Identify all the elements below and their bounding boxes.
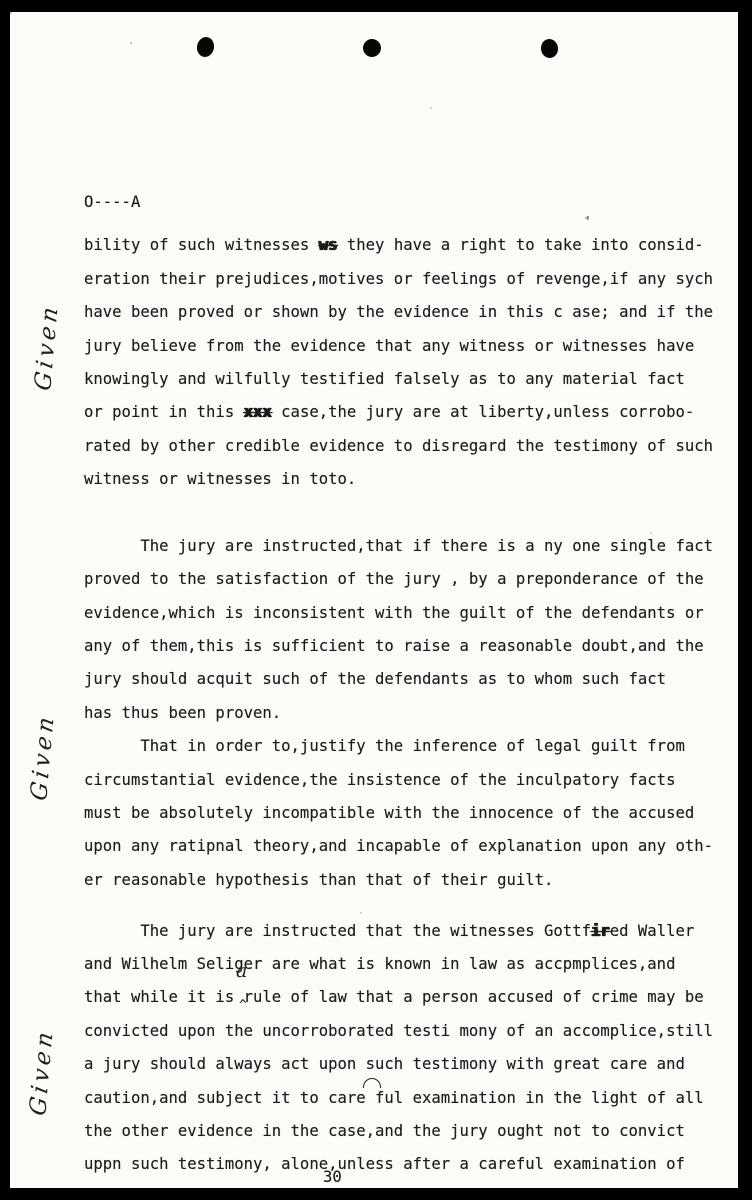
insertion-caret-mark: ^ [239, 998, 247, 1013]
text-line: convicted upon the uncorroborated testi … [84, 1015, 734, 1048]
overstruck-text: ir [591, 922, 610, 940]
text-line: caution,and subject it to care ful exami… [84, 1082, 734, 1115]
text-line: a jury should always act upon such testi… [84, 1048, 734, 1081]
text-line: er reasonable hypothesis than that of th… [84, 864, 734, 897]
text-line: O----A [84, 186, 734, 219]
text-line: proved to the satisfaction of the jury ,… [84, 563, 734, 596]
text-segment: ed Waller [610, 922, 695, 940]
text-segment: The jury are instructed that the witness… [84, 922, 591, 940]
text-line: jury believe from the evidence that any … [84, 330, 734, 363]
text-line: The jury are instructed,that if there is… [84, 530, 734, 563]
text-line: has thus been proven. [84, 697, 734, 730]
text-line: jury should acquit such of the defendant… [84, 663, 734, 696]
text-line: The jury are instructed that the witness… [84, 915, 734, 948]
overstruck-text: xxx [244, 403, 272, 421]
text-line: knowingly and wilfully testified falsely… [84, 363, 734, 396]
typed-text-block: O----Ability of such witnesses ws they h… [84, 186, 734, 1182]
text-line: circumstantial evidence,the insistence o… [84, 764, 734, 797]
text-line [84, 497, 734, 530]
overstruck-text: ws [319, 236, 338, 254]
text-line: upon any ratipnal theory,and incapable o… [84, 830, 734, 863]
text-line: rated by other credible evidence to disr… [84, 430, 734, 463]
text-line: eration their prejudices,motives or feel… [84, 263, 734, 296]
text-line: any of them,this is sufficient to raise … [84, 630, 734, 663]
text-line: That in order to,justify the inference o… [84, 730, 734, 763]
text-line: that while it is rule of law that a pers… [84, 981, 734, 1014]
text-line: the other evidence in the case,and the j… [84, 1115, 734, 1148]
scanned-document-page: Given Given Given O----Ability of such w… [0, 0, 752, 1200]
page-number: 30 [323, 1161, 342, 1194]
text-segment: they have a right to take into consid- [338, 236, 704, 254]
text-line: have been proved or shown by the evidenc… [84, 296, 734, 329]
text-line: must be absolutely incompatible with the… [84, 797, 734, 830]
text-segment: or point in this [84, 403, 244, 421]
text-line: evidence,which is inconsistent with the … [84, 597, 734, 630]
text-line: witness or witnesses in toto. [84, 463, 734, 496]
text-line: and Wilhelm Seliger are what is known in… [84, 948, 734, 981]
text-segment: case,the jury are at liberty,unless corr… [272, 403, 694, 421]
text-line: or point in this xxx case,the jury are a… [84, 396, 734, 429]
text-line: bility of such witnesses ws they have a … [84, 229, 734, 262]
text-segment: bility of such witnesses [84, 236, 319, 254]
stray-pen-mark: ' [584, 215, 592, 230]
text-line: uppn such testimony, alone,unless after … [84, 1148, 734, 1181]
handwritten-inserted-letter: a [236, 960, 247, 982]
